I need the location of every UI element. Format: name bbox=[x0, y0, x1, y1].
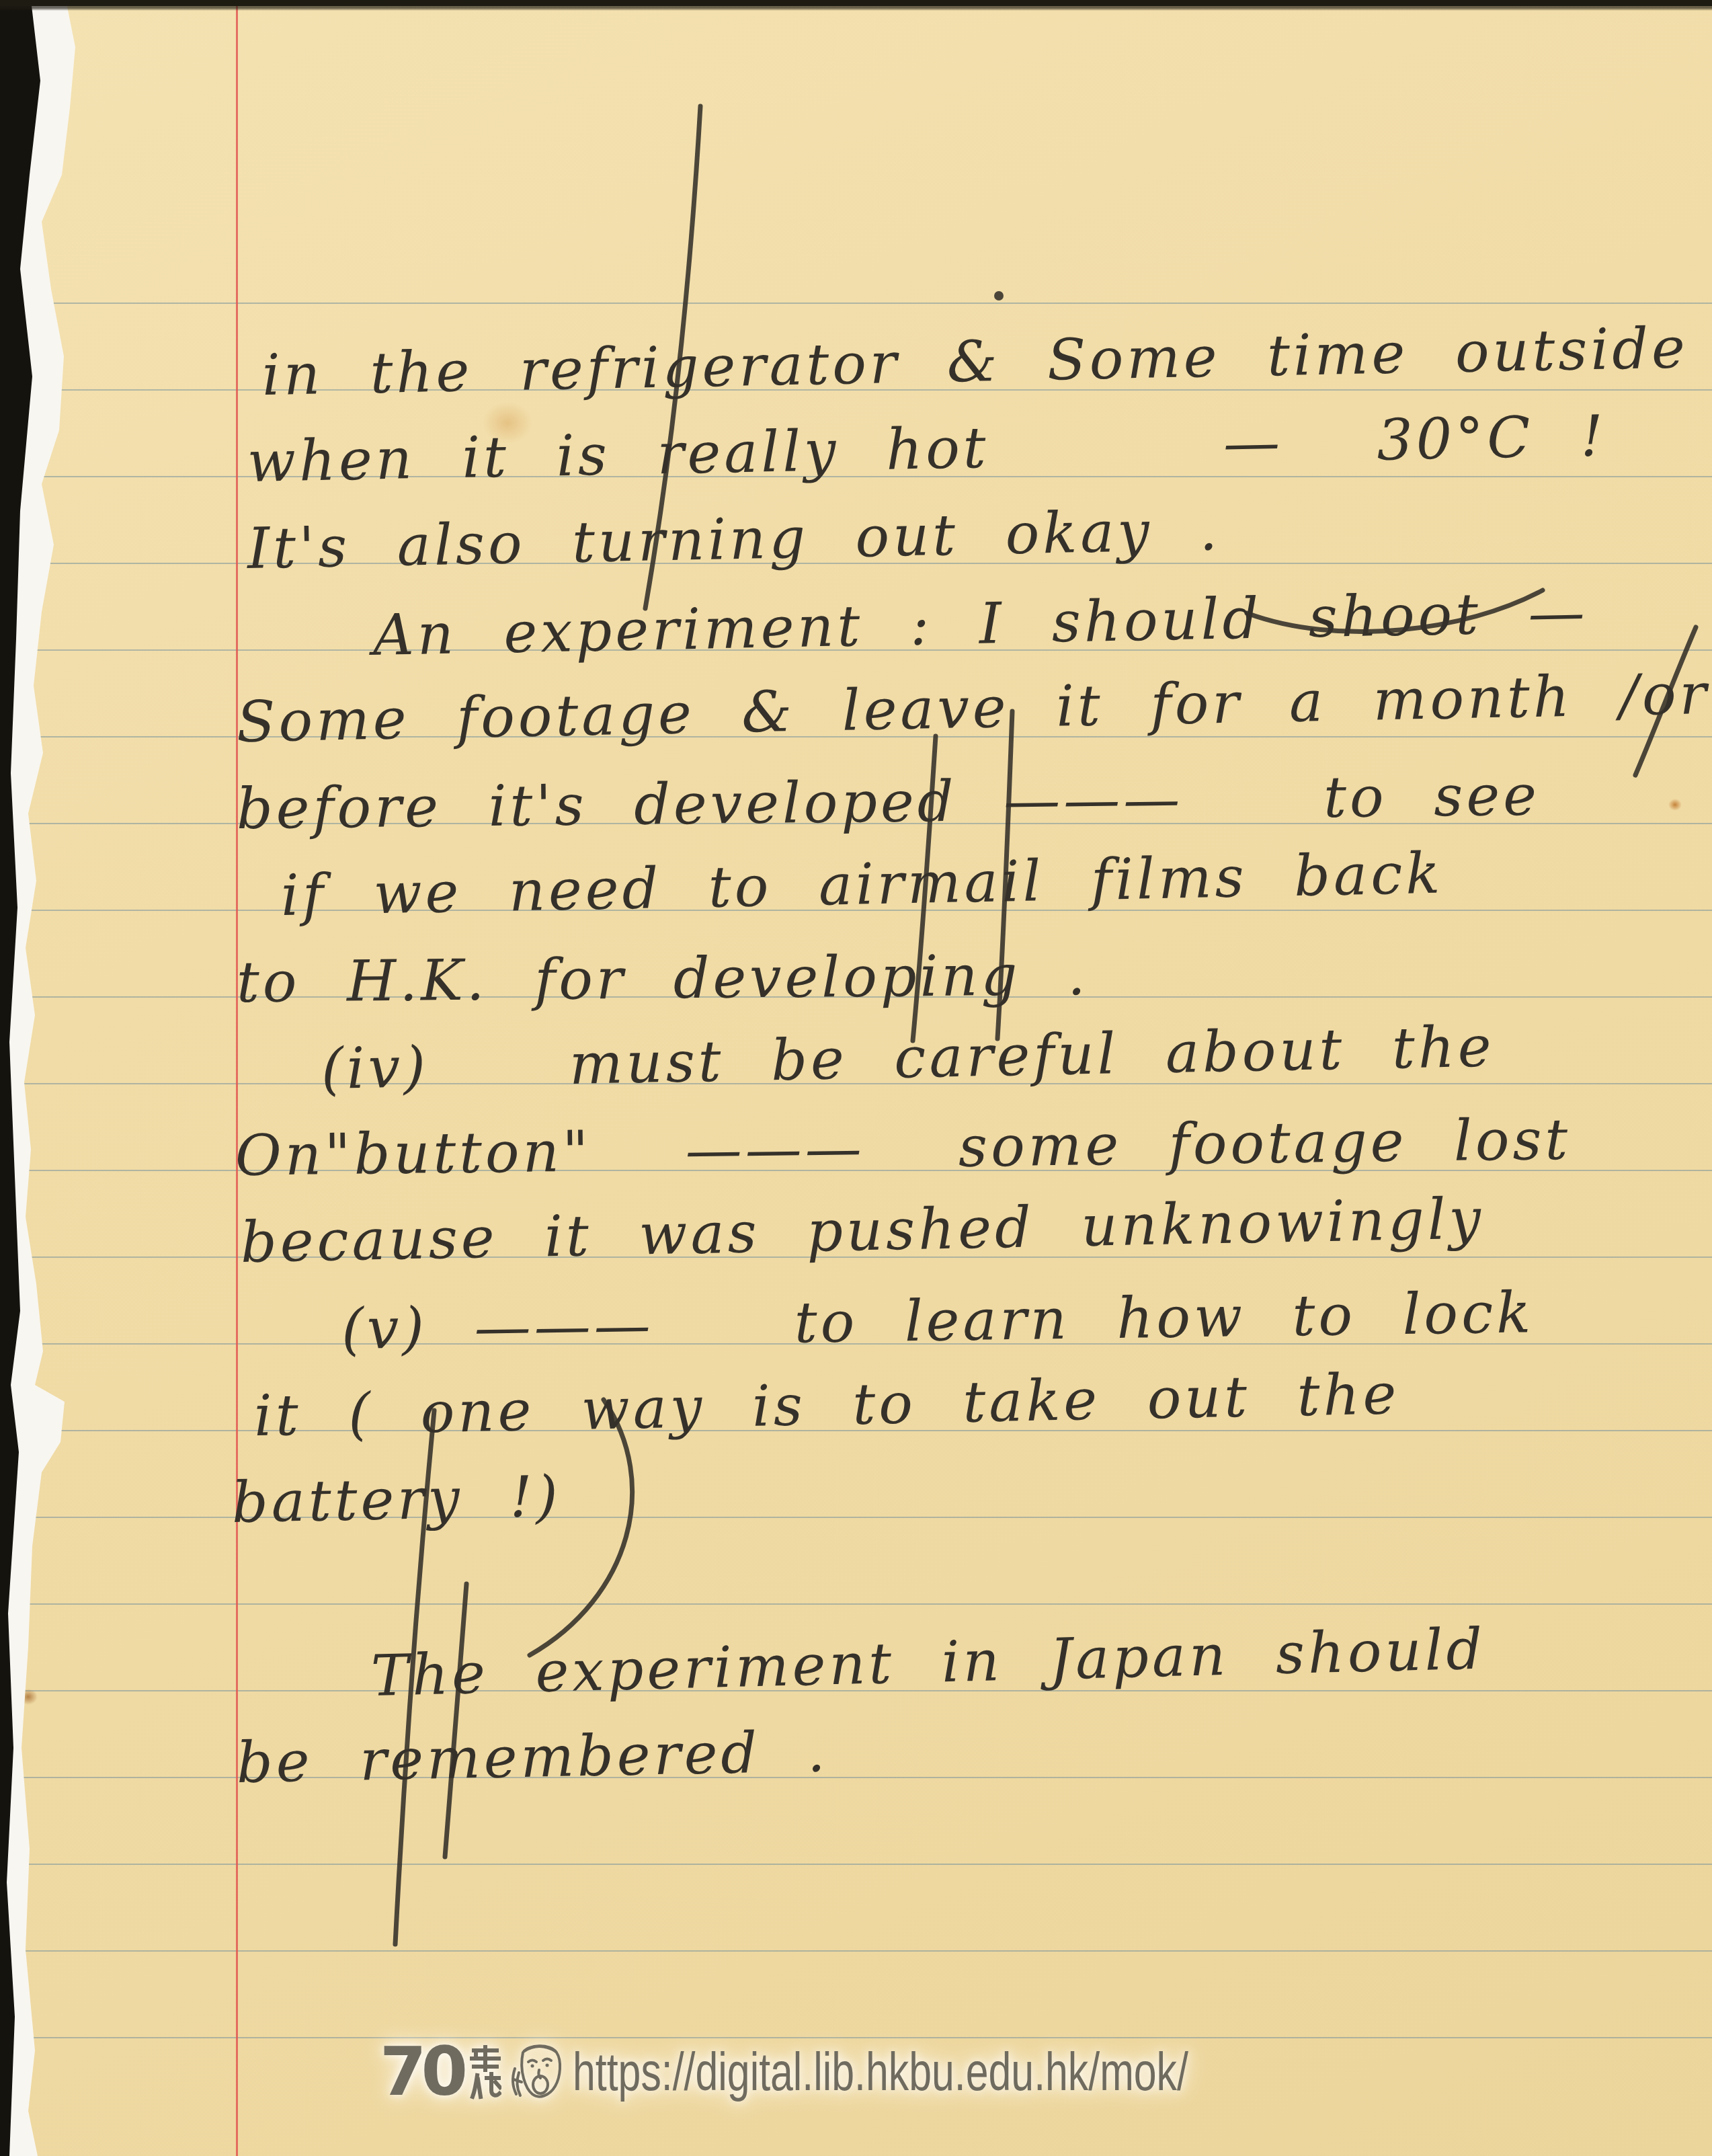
handwriting-line: On"button" ——— some footage lost bbox=[235, 1107, 1571, 1189]
handwriting-line: if we need to airmail films back bbox=[280, 840, 1444, 928]
decade-chinese-characters-icon bbox=[469, 2044, 501, 2100]
handwriting-line: Some footage & leave it for a month /or bbox=[236, 661, 1710, 755]
watermark-url: https://digital.lib.hkbu.edu.hk/mok/ bbox=[573, 2041, 1188, 2103]
handwriting-block: in the refrigerator & Some time outside … bbox=[0, 0, 1712, 2156]
watermark-70-logo: 70 bbox=[380, 2045, 462, 2099]
opera-face-stamp-icon bbox=[508, 2042, 566, 2102]
scan-top-edge bbox=[0, 0, 1712, 11]
handwriting-line: It's also turning out okay . bbox=[247, 497, 1221, 582]
handwriting-line: battery !) bbox=[231, 1464, 562, 1535]
handwriting-line: The experiment in Japan should bbox=[370, 1615, 1487, 1708]
handwriting-line: be remembered . bbox=[236, 1718, 829, 1796]
handwriting-line: because it was pushed unknowingly bbox=[240, 1185, 1485, 1275]
handwriting-line: in the refrigerator & Some time outside bbox=[261, 315, 1689, 408]
handwriting-line: (iv) must be careful about the bbox=[321, 1013, 1495, 1101]
handwriting-line: it ( one way is to take out the bbox=[253, 1361, 1400, 1449]
handwriting-line: when it is really hot — 30°C ! bbox=[247, 403, 1607, 495]
handwriting-line: to H.K. for developing . bbox=[237, 942, 1089, 1015]
handwriting-line: (v) ——— to learn how to lock bbox=[341, 1279, 1534, 1362]
scanned-notebook-page: in the refrigerator & Some time outside … bbox=[0, 0, 1712, 2156]
notebook-paper: in the refrigerator & Some time outside … bbox=[0, 0, 1712, 2156]
handwriting-line: An experiment : I should shoot — bbox=[372, 579, 1588, 668]
handwriting-line: before it's developed ——— to see bbox=[236, 762, 1540, 842]
watermark: 70 https://digital.lib.hkbu.edu.hk/mok/ bbox=[380, 2041, 1383, 2103]
